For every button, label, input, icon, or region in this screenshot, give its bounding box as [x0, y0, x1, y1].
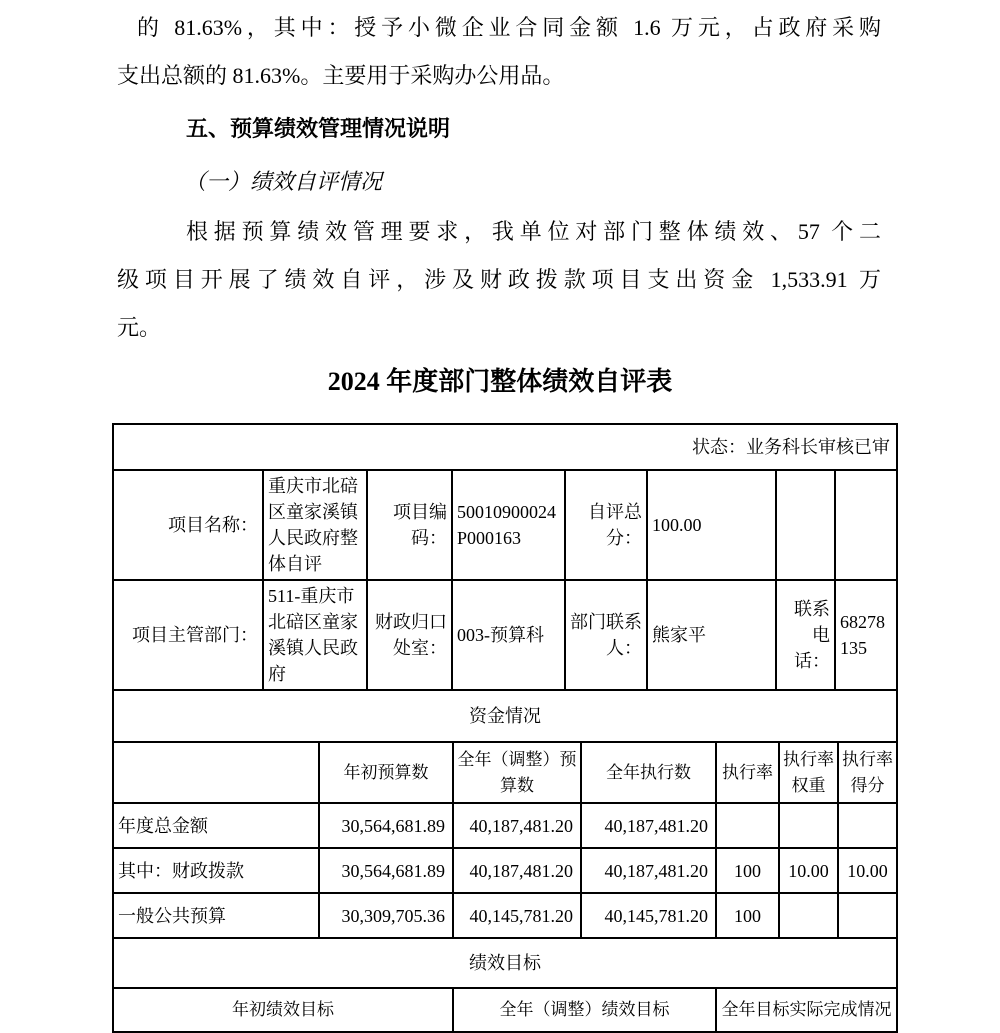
fund-row-value: 40,145,781.20 — [580, 892, 715, 937]
fund-row-value: 40,187,481.20 — [452, 802, 580, 847]
fund-section-title: 资金情况 — [114, 689, 896, 741]
goal-section-row: 绩效目标 — [114, 937, 896, 987]
document-page: 的 81.63%，其中：授予小微企业合同金额 1.6 万元，占政府采购 支出总额… — [0, 0, 1000, 1033]
sub-heading: （一）绩效自评情况 — [184, 165, 382, 196]
fund-row-label: 一般公共预算 — [114, 892, 318, 937]
self-score-label: 自评总分： — [564, 469, 646, 579]
fund-row-value: 40,187,481.20 — [452, 847, 580, 892]
fund-row-value — [837, 802, 896, 847]
contact-person-label: 部门联系人： — [564, 579, 646, 689]
fund-row-label: 其中：财政拨款 — [114, 847, 318, 892]
project-code-value: 50010900024P000163 — [451, 469, 564, 579]
contact-person-value: 熊家平 — [646, 579, 775, 689]
fund-row-value: 10.00 — [837, 847, 896, 892]
goal-header-initial: 年初绩效目标 — [114, 987, 452, 1031]
paragraph-top-line-2: 支出总额的 81.63%。主要用于采购办公用品。 — [117, 61, 564, 91]
fund-row-value — [715, 802, 778, 847]
fund-header-initial-budget: 年初预算数 — [318, 741, 452, 802]
fund-row-value — [778, 892, 837, 937]
empty-cell — [775, 469, 834, 579]
fund-header-row: 年初预算数 全年（调整）预算数 全年执行数 执行率 执行率权重 执行率得分 — [114, 741, 896, 802]
fund-row-value: 10.00 — [778, 847, 837, 892]
contact-phone-value: 68278135 — [834, 579, 896, 689]
fund-data-rows: 年度总金额 30,564,681.89 40,187,481.20 40,187… — [114, 802, 896, 937]
project-name-label: 项目名称： — [114, 469, 262, 579]
fund-row-value: 30,309,705.36 — [318, 892, 452, 937]
fund-header-rate-weight: 执行率权重 — [778, 741, 837, 802]
paragraph-body-line-3: 元。 — [117, 313, 161, 343]
fund-row-label: 年度总金额 — [114, 802, 318, 847]
fund-row-value: 100 — [715, 892, 778, 937]
supervisor-dept-label: 项目主管部门： — [114, 579, 262, 689]
goal-section-title: 绩效目标 — [114, 937, 896, 987]
contact-phone-label: 联系电话： — [775, 579, 834, 689]
self-evaluation-table: 状态：业务科长审核已审 项目名称： 重庆市北碚区童家溪镇人民政府整体自评 项目编… — [112, 423, 898, 1033]
fund-row-value: 40,145,781.20 — [452, 892, 580, 937]
fund-row-value — [837, 892, 896, 937]
supervisor-dept-value: 511-重庆市北碚区童家溪镇人民政府 — [262, 579, 366, 689]
status-row: 状态：业务科长审核已审 — [114, 425, 896, 469]
table-title: 2024 年度部门整体绩效自评表 — [0, 361, 1000, 398]
fund-header-rate-score: 执行率得分 — [837, 741, 896, 802]
section-heading: 五、预算绩效管理情况说明 — [186, 112, 450, 143]
project-info-section: 项目名称： 重庆市北碚区童家溪镇人民政府整体自评 项目编码： 500109000… — [114, 469, 896, 689]
paragraph-body-line-2: 级项目开展了绩效自评，涉及财政拨款项目支出资金 1,533.91 万 — [117, 265, 881, 295]
paragraph-body-line-1: 根据预算绩效管理要求，我单位对部门整体绩效、57 个二 — [186, 217, 881, 247]
project-name-value: 重庆市北碚区童家溪镇人民政府整体自评 — [262, 469, 366, 579]
fund-row-value: 40,187,481.20 — [580, 802, 715, 847]
fund-row-value: 30,564,681.89 — [318, 802, 452, 847]
finance-office-value: 003-预算科 — [451, 579, 564, 689]
finance-office-label: 财政归口处室： — [366, 579, 451, 689]
empty-cell — [834, 469, 896, 579]
project-code-label: 项目编码： — [366, 469, 451, 579]
goal-header-row: 年初绩效目标 全年（调整）绩效目标 全年目标实际完成情况 — [114, 987, 896, 1031]
fund-header-blank — [114, 741, 318, 802]
fund-header-adjusted-budget: 全年（调整）预算数 — [452, 741, 580, 802]
goal-header-adjusted: 全年（调整）绩效目标 — [452, 987, 715, 1031]
fund-section-row: 资金情况 — [114, 689, 896, 741]
self-score-value: 100.00 — [646, 469, 775, 579]
fund-header-executed: 全年执行数 — [580, 741, 715, 802]
status-text: 状态：业务科长审核已审 — [114, 425, 896, 469]
paragraph-top-line-1: 的 81.63%，其中：授予小微企业合同金额 1.6 万元，占政府采购 — [137, 13, 881, 43]
fund-header-exec-rate: 执行率 — [715, 741, 778, 802]
fund-row-value: 100 — [715, 847, 778, 892]
fund-row-value — [778, 802, 837, 847]
goal-header-actual: 全年目标实际完成情况 — [715, 987, 896, 1031]
fund-row-value: 30,564,681.89 — [318, 847, 452, 892]
fund-row-value: 40,187,481.20 — [580, 847, 715, 892]
